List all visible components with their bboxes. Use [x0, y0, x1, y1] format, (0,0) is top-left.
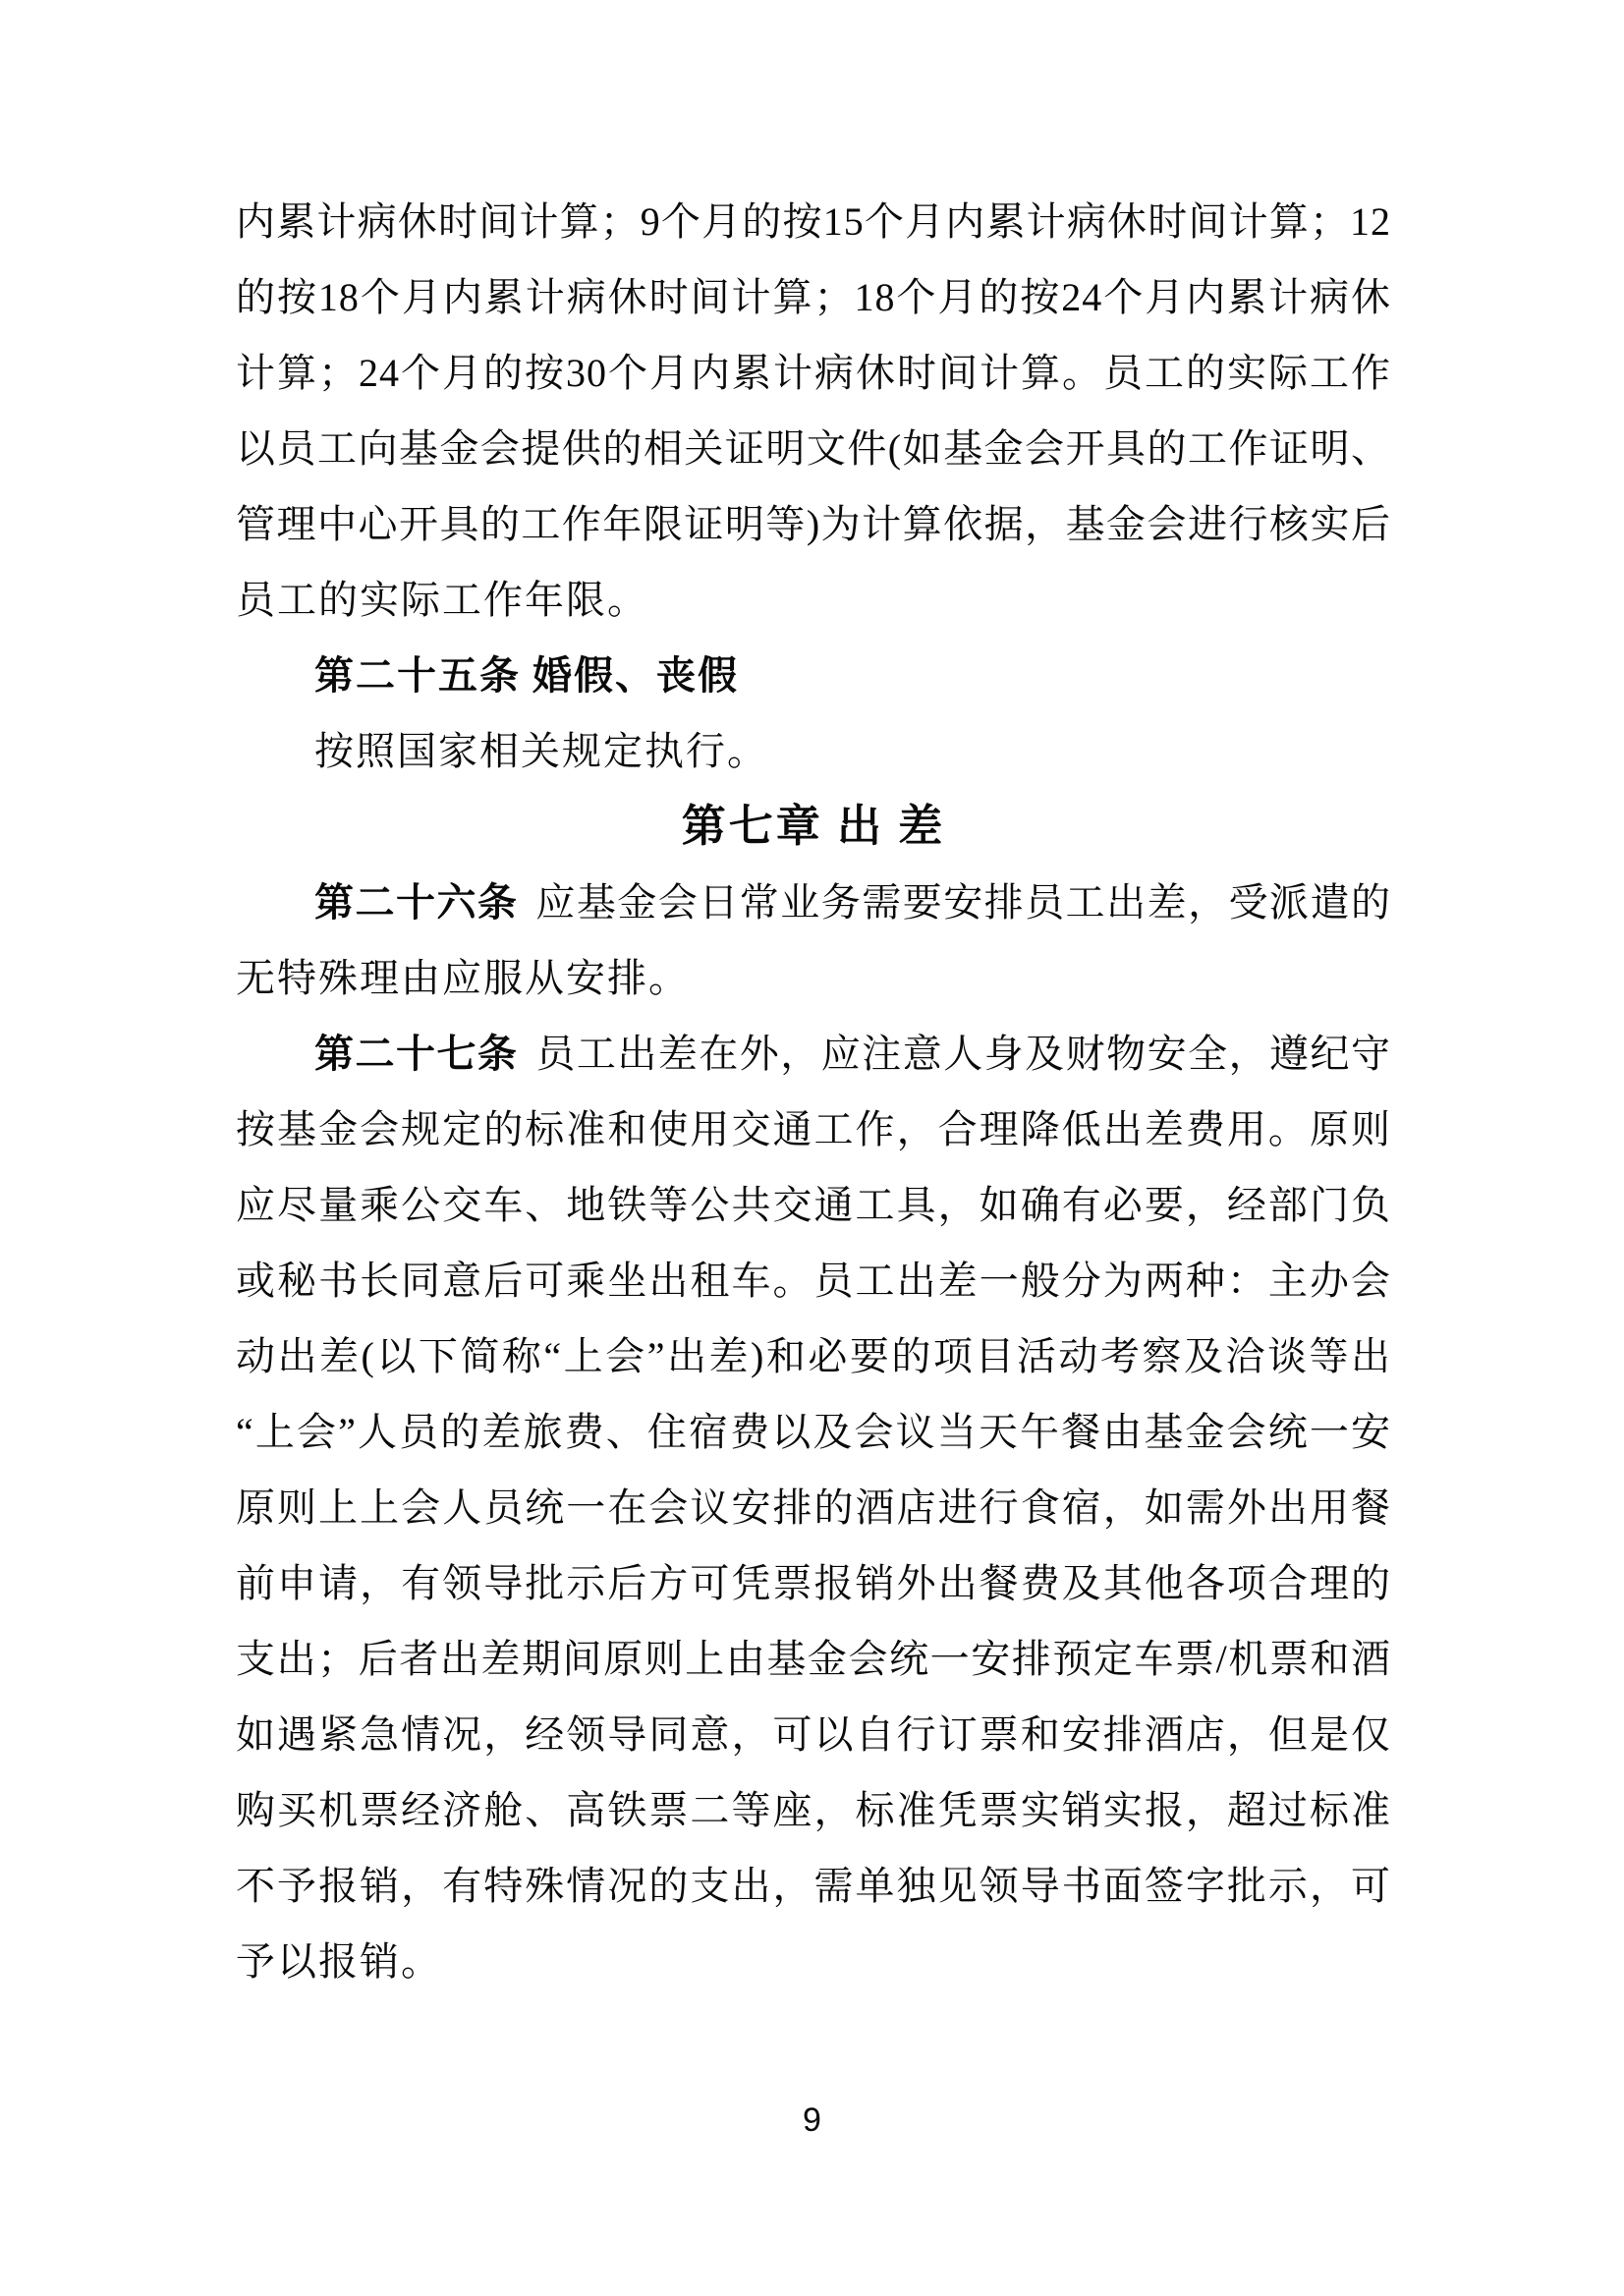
- text-line: 以员工向基金会提供的相关证明文件(如基金会开具的工作证明、档案: [236, 411, 1391, 486]
- page-number: 9: [0, 2100, 1624, 2140]
- text-line: 或秘书长同意后可乘坐出租车。员工出差一般分为两种：主办会议活: [236, 1243, 1391, 1318]
- text-line: 如遇紧急情况，经领导同意，可以自行订票和安排酒店，但是仅限于: [236, 1697, 1391, 1772]
- text-line: 应尽量乘公交车、地铁等公共交通工具，如确有必要，经部门负责人: [236, 1167, 1391, 1243]
- article-heading: 第二十五条 婚假、丧假: [236, 638, 1391, 713]
- text-line: 予以报销。: [236, 1924, 1391, 1999]
- chapter-heading: 第七章 出 差: [236, 789, 1391, 865]
- article-number: 第二十六条: [314, 880, 518, 924]
- text-line: 原则上上会人员统一在会议安排的酒店进行食宿，如需外出用餐需提: [236, 1470, 1391, 1545]
- text-line: 第二十七条员工出差在外，应注意人身及财物安全，遵纪守法，: [236, 1016, 1391, 1092]
- text-line: 购买机票经济舱、高铁票二等座，标准凭票实销实报，超过标准部分: [236, 1772, 1391, 1848]
- text-line: 第二十六条应基金会日常业务需要安排员工出差，受派遣的员工，: [236, 865, 1391, 940]
- body-text: 内累计病休时间计算；9个月的按15个月内累计病休时间计算；12个月 的按18个月…: [236, 184, 1391, 1999]
- text-line: 支出；后者出差期间原则上由基金会统一安排预定车票/机票和酒店，: [236, 1621, 1391, 1697]
- article-number: 第二十七条: [314, 1032, 518, 1076]
- text-line: 管理中心开具的工作年限证明等)为计算依据，基金会进行核实后确定: [236, 486, 1391, 562]
- document-page: 内累计病休时间计算；9个月的按15个月内累计病休时间计算；12个月 的按18个月…: [0, 0, 1624, 2296]
- text-line: 动出差(以下简称“上会”出差)和必要的项目活动考察及洽谈等出差，: [236, 1318, 1391, 1394]
- text-line: 员工的实际工作年限。: [236, 562, 1391, 638]
- text-line: 按基金会规定的标准和使用交通工作，合理降低出差费用。原则上，: [236, 1092, 1391, 1167]
- article-heading-label: 第二十五条 婚假、丧假: [314, 653, 739, 698]
- text-line: 无特殊理由应服从安排。: [236, 940, 1391, 1016]
- text-line: “上会”人员的差旅费、住宿费以及会议当天午餐由基金会统一安排，: [236, 1394, 1391, 1470]
- text-line: 的按18个月内累计病休时间计算；18个月的按24个月内累计病休时间: [236, 259, 1391, 335]
- text-line: 不予报销，有特殊情况的支出，需单独见领导书面签字批示，可酌情: [236, 1848, 1391, 1924]
- text-line: 前申请，有领导批示后方可凭票报销外出餐费及其他各项合理的费用: [236, 1545, 1391, 1621]
- text-line: 按照国家相关规定执行。: [236, 713, 1391, 789]
- text-line: 计算；24个月的按30个月内累计病休时间计算。员工的实际工作年限: [236, 335, 1391, 411]
- text-line: 内累计病休时间计算；9个月的按15个月内累计病休时间计算；12个月: [236, 184, 1391, 259]
